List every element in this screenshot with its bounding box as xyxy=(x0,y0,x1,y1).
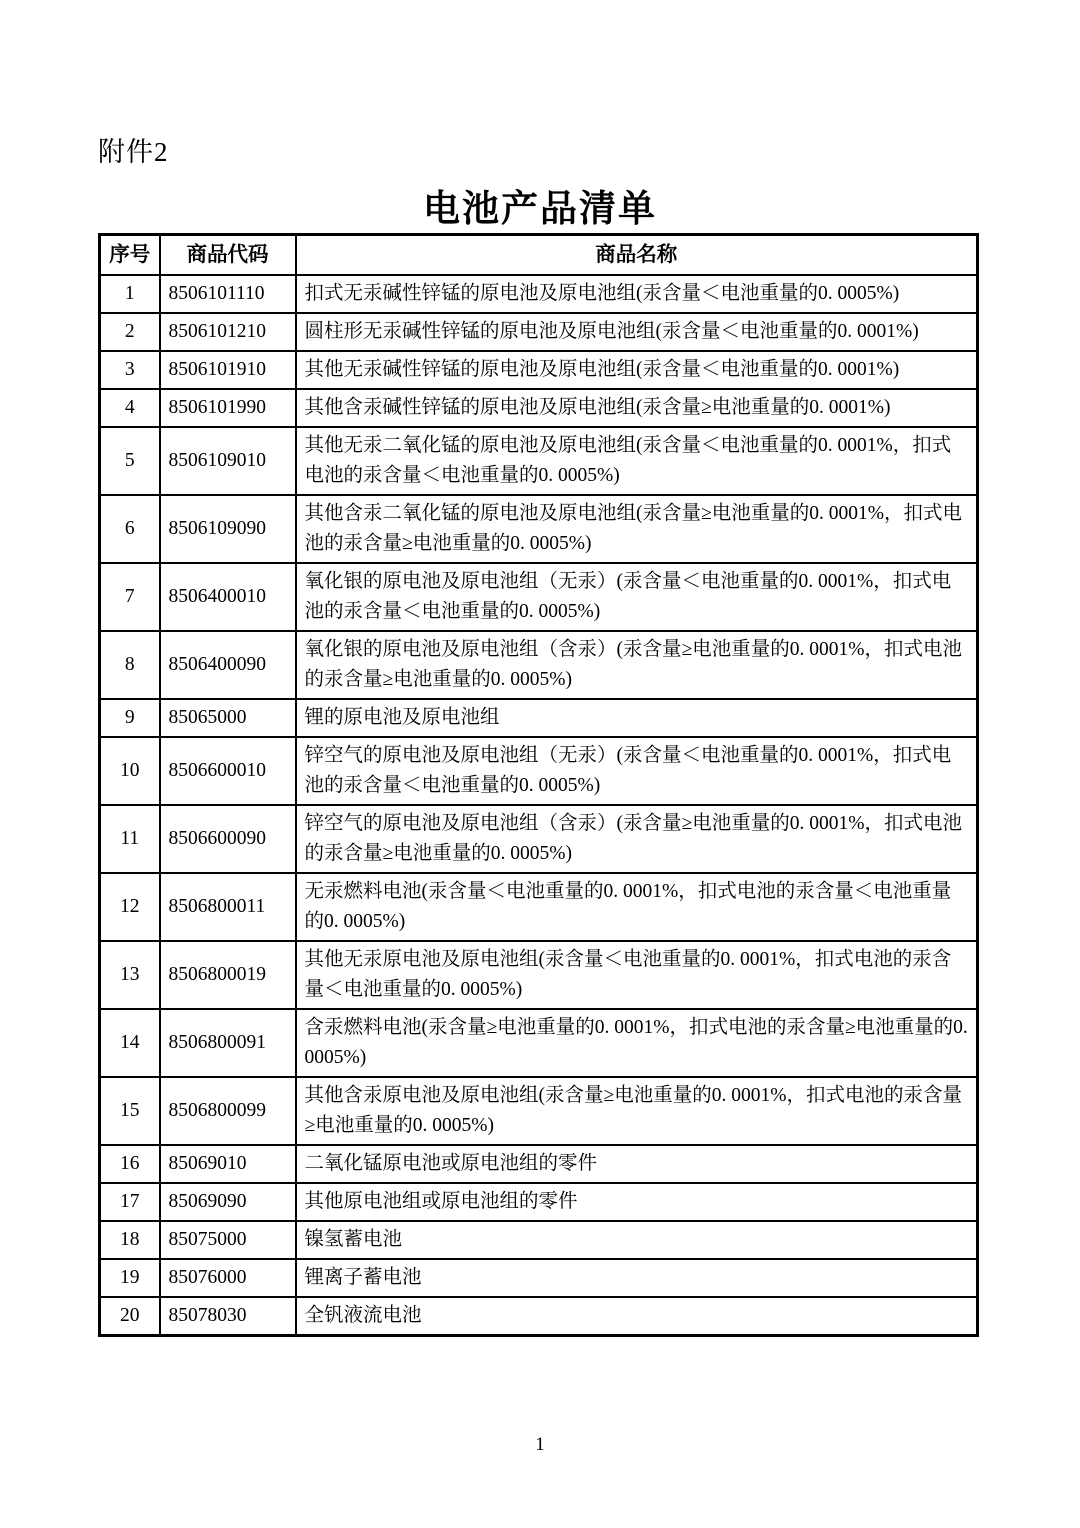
row-product-code: 8506800011 xyxy=(160,873,296,941)
table-body: 18506101110扣式无汞碱性锌锰的原电池及原电池组(汞含量＜电池重量的0.… xyxy=(100,275,978,1336)
header-product-code: 商品代码 xyxy=(160,235,296,276)
row-serial-number: 10 xyxy=(100,737,160,805)
row-serial-number: 2 xyxy=(100,313,160,351)
row-product-code: 8506400010 xyxy=(160,563,296,631)
row-product-code: 8506400090 xyxy=(160,631,296,699)
table-header: 序号 商品代码 商品名称 xyxy=(100,235,978,276)
row-serial-number: 16 xyxy=(100,1145,160,1183)
row-serial-number: 15 xyxy=(100,1077,160,1145)
row-product-code: 8506101110 xyxy=(160,275,296,313)
table-row: 1885075000镍氢蓄电池 xyxy=(100,1221,978,1259)
table-row: 38506101910其他无汞碱性锌锰的原电池及原电池组(汞含量＜电池重量的0.… xyxy=(100,351,978,389)
row-product-code: 8506109010 xyxy=(160,427,296,495)
table-row: 2085078030全钒液流电池 xyxy=(100,1297,978,1336)
row-product-name: 氧化银的原电池及原电池组（含汞）(汞含量≥电池重量的0. 0001%，扣式电池的… xyxy=(296,631,978,699)
row-product-code: 85065000 xyxy=(160,699,296,737)
row-serial-number: 7 xyxy=(100,563,160,631)
table-row: 1785069090其他原电池组或原电池组的零件 xyxy=(100,1183,978,1221)
row-product-code: 8506101910 xyxy=(160,351,296,389)
page-number: 1 xyxy=(0,1434,1080,1456)
row-serial-number: 8 xyxy=(100,631,160,699)
row-serial-number: 4 xyxy=(100,389,160,427)
row-product-name: 其他原电池组或原电池组的零件 xyxy=(296,1183,978,1221)
row-product-code: 8506101210 xyxy=(160,313,296,351)
row-serial-number: 11 xyxy=(100,805,160,873)
row-serial-number: 6 xyxy=(100,495,160,563)
row-product-name: 全钒液流电池 xyxy=(296,1297,978,1336)
row-product-name: 无汞燃料电池(汞含量＜电池重量的0. 0001%，扣式电池的汞含量＜电池重量的0… xyxy=(296,873,978,941)
table-row: 88506400090氧化银的原电池及原电池组（含汞）(汞含量≥电池重量的0. … xyxy=(100,631,978,699)
table-row: 128506800011无汞燃料电池(汞含量＜电池重量的0. 0001%，扣式电… xyxy=(100,873,978,941)
table-row: 18506101110扣式无汞碱性锌锰的原电池及原电池组(汞含量＜电池重量的0.… xyxy=(100,275,978,313)
table-row: 985065000锂的原电池及原电池组 xyxy=(100,699,978,737)
row-serial-number: 14 xyxy=(100,1009,160,1077)
row-product-name: 锌空气的原电池及原电池组（无汞）(汞含量＜电池重量的0. 0001%，扣式电池的… xyxy=(296,737,978,805)
row-product-name: 圆柱形无汞碱性锌锰的原电池及原电池组(汞含量＜电池重量的0. 0001%) xyxy=(296,313,978,351)
table-row: 118506600090锌空气的原电池及原电池组（含汞）(汞含量≥电池重量的0.… xyxy=(100,805,978,873)
row-product-name: 其他无汞原电池及原电池组(汞含量＜电池重量的0. 0001%，扣式电池的汞含量＜… xyxy=(296,941,978,1009)
table-row: 158506800099其他含汞原电池及原电池组(汞含量≥电池重量的0. 000… xyxy=(100,1077,978,1145)
row-serial-number: 1 xyxy=(100,275,160,313)
page-title: 电池产品清单 xyxy=(0,178,1080,232)
row-serial-number: 12 xyxy=(100,873,160,941)
row-product-code: 8506109090 xyxy=(160,495,296,563)
table-row: 1685069010二氧化锰原电池或原电池组的零件 xyxy=(100,1145,978,1183)
attachment-label: 附件2 xyxy=(98,130,169,169)
row-product-code: 85069090 xyxy=(160,1183,296,1221)
battery-product-table: 序号 商品代码 商品名称 18506101110扣式无汞碱性锌锰的原电池及原电池… xyxy=(98,233,979,1337)
row-product-name: 其他无汞二氧化锰的原电池及原电池组(汞含量＜电池重量的0. 0001%，扣式电池… xyxy=(296,427,978,495)
row-product-code: 85076000 xyxy=(160,1259,296,1297)
table-row: 48506101990其他含汞碱性锌锰的原电池及原电池组(汞含量≥电池重量的0.… xyxy=(100,389,978,427)
header-product-name: 商品名称 xyxy=(296,235,978,276)
row-product-name: 锂的原电池及原电池组 xyxy=(296,699,978,737)
row-serial-number: 18 xyxy=(100,1221,160,1259)
row-serial-number: 9 xyxy=(100,699,160,737)
row-product-name: 含汞燃料电池(汞含量≥电池重量的0. 0001%，扣式电池的汞含量≥电池重量的0… xyxy=(296,1009,978,1077)
document-page: 附件2 电池产品清单 序号 商品代码 商品名称 18506101110扣式无汞碱… xyxy=(0,0,1080,1528)
row-product-name: 氧化银的原电池及原电池组（无汞）(汞含量＜电池重量的0. 0001%，扣式电池的… xyxy=(296,563,978,631)
table-row: 78506400010氧化银的原电池及原电池组（无汞）(汞含量＜电池重量的0. … xyxy=(100,563,978,631)
row-product-code: 8506101990 xyxy=(160,389,296,427)
header-serial-number: 序号 xyxy=(100,235,160,276)
row-serial-number: 5 xyxy=(100,427,160,495)
row-product-code: 8506600090 xyxy=(160,805,296,873)
row-product-name: 锌空气的原电池及原电池组（含汞）(汞含量≥电池重量的0. 0001%，扣式电池的… xyxy=(296,805,978,873)
row-product-code: 8506800019 xyxy=(160,941,296,1009)
row-product-name: 其他含汞碱性锌锰的原电池及原电池组(汞含量≥电池重量的0. 0001%) xyxy=(296,389,978,427)
row-product-name: 其他无汞碱性锌锰的原电池及原电池组(汞含量＜电池重量的0. 0001%) xyxy=(296,351,978,389)
row-product-name: 其他含汞原电池及原电池组(汞含量≥电池重量的0. 0001%，扣式电池的汞含量≥… xyxy=(296,1077,978,1145)
table-row: 58506109010其他无汞二氧化锰的原电池及原电池组(汞含量＜电池重量的0.… xyxy=(100,427,978,495)
row-product-code: 85075000 xyxy=(160,1221,296,1259)
row-serial-number: 19 xyxy=(100,1259,160,1297)
row-product-name: 镍氢蓄电池 xyxy=(296,1221,978,1259)
table-row: 108506600010锌空气的原电池及原电池组（无汞）(汞含量＜电池重量的0.… xyxy=(100,737,978,805)
table-row: 1985076000锂离子蓄电池 xyxy=(100,1259,978,1297)
row-product-name: 二氧化锰原电池或原电池组的零件 xyxy=(296,1145,978,1183)
row-product-code: 8506600010 xyxy=(160,737,296,805)
row-product-code: 85078030 xyxy=(160,1297,296,1336)
table-row: 148506800091含汞燃料电池(汞含量≥电池重量的0. 0001%，扣式电… xyxy=(100,1009,978,1077)
table-row: 138506800019其他无汞原电池及原电池组(汞含量＜电池重量的0. 000… xyxy=(100,941,978,1009)
table-row: 28506101210圆柱形无汞碱性锌锰的原电池及原电池组(汞含量＜电池重量的0… xyxy=(100,313,978,351)
table-row: 68506109090其他含汞二氧化锰的原电池及原电池组(汞含量≥电池重量的0.… xyxy=(100,495,978,563)
row-product-code: 85069010 xyxy=(160,1145,296,1183)
row-product-name: 扣式无汞碱性锌锰的原电池及原电池组(汞含量＜电池重量的0. 0005%) xyxy=(296,275,978,313)
row-product-name: 其他含汞二氧化锰的原电池及原电池组(汞含量≥电池重量的0. 0001%，扣式电池… xyxy=(296,495,978,563)
row-product-name: 锂离子蓄电池 xyxy=(296,1259,978,1297)
row-product-code: 8506800091 xyxy=(160,1009,296,1077)
row-serial-number: 13 xyxy=(100,941,160,1009)
row-serial-number: 3 xyxy=(100,351,160,389)
row-serial-number: 17 xyxy=(100,1183,160,1221)
row-serial-number: 20 xyxy=(100,1297,160,1336)
row-product-code: 8506800099 xyxy=(160,1077,296,1145)
